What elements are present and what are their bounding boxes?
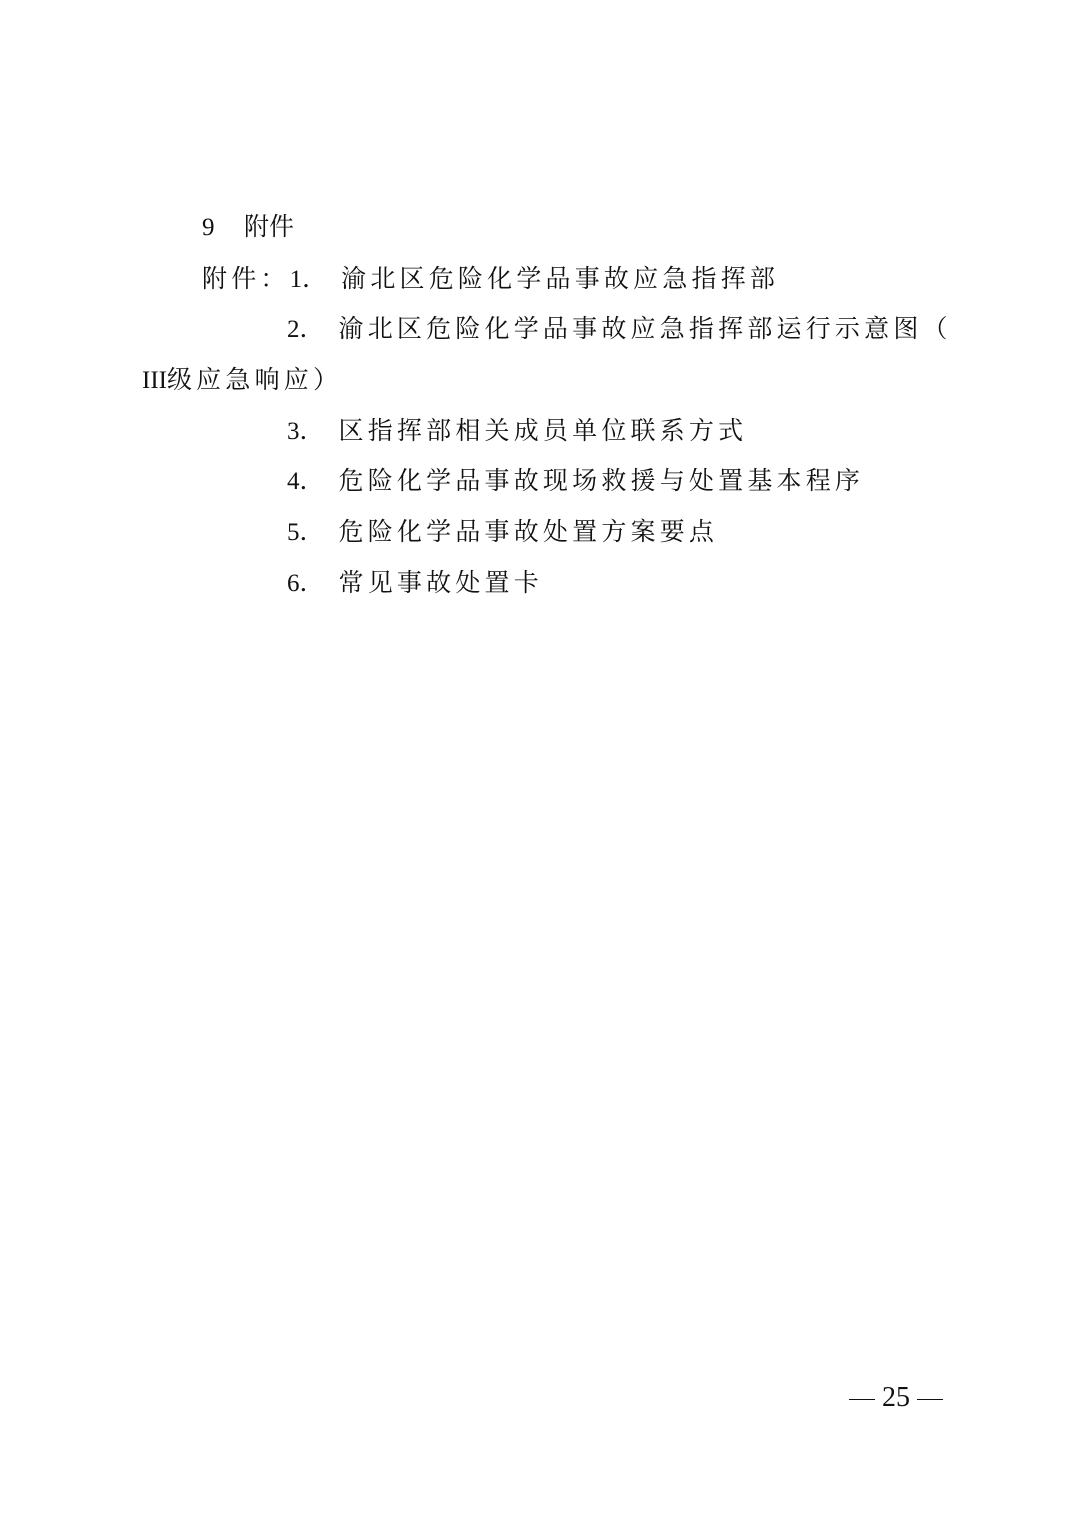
attachment-number: 3． <box>287 418 325 445</box>
page-number: 25 <box>842 1382 950 1414</box>
attachment-text: 渝北区危险化学品事故应急指挥部 <box>341 264 779 293</box>
attachment-text: 区指挥部相关成员单位联系方式 <box>339 416 748 445</box>
section-heading: 9附件 <box>202 212 294 243</box>
attachment-prefix: 附件： <box>202 264 290 293</box>
attachment-text: 危险化学品事故现场救援与处置基本程序 <box>339 466 865 495</box>
attachment-item-1: 附件：1．渝北区危险化学品事故应急指挥部 <box>202 264 779 295</box>
attachment-number: 1． <box>290 266 328 293</box>
page-number-value: 25 <box>882 1382 910 1413</box>
attachment-item-4: 4．危险化学品事故现场救援与处置基本程序 <box>287 466 864 497</box>
attachment-number: 6． <box>287 570 325 597</box>
attachment-text: 常见事故处置卡 <box>339 568 543 597</box>
response-level-roman: III <box>142 367 167 394</box>
dash-right <box>917 1399 943 1400</box>
document-page: 9附件 附件：1．渝北区危险化学品事故应急指挥部 2．渝北区危险化学品事故应急指… <box>0 0 1074 1520</box>
attachment-number: 5． <box>287 519 325 546</box>
attachment-text: 渝北区危险化学品事故应急指挥部运行示意图（ <box>339 314 952 343</box>
attachment-number: 4． <box>287 468 325 495</box>
section-title: 附件 <box>244 212 294 241</box>
attachment-text-continuation: 级应急响应） <box>167 365 342 394</box>
section-number: 9 <box>202 213 244 243</box>
attachment-item-2: 2．渝北区危险化学品事故应急指挥部运行示意图（ <box>287 314 952 345</box>
dash-left <box>849 1399 875 1400</box>
attachment-item-2-continuation: III级应急响应） <box>142 365 342 396</box>
attachment-item-3: 3．区指挥部相关成员单位联系方式 <box>287 416 747 447</box>
attachment-item-5: 5．危险化学品事故处置方案要点 <box>287 517 718 548</box>
attachment-number: 2． <box>287 316 325 343</box>
attachment-text: 危险化学品事故处置方案要点 <box>339 517 719 546</box>
attachment-item-6: 6．常见事故处置卡 <box>287 568 543 599</box>
